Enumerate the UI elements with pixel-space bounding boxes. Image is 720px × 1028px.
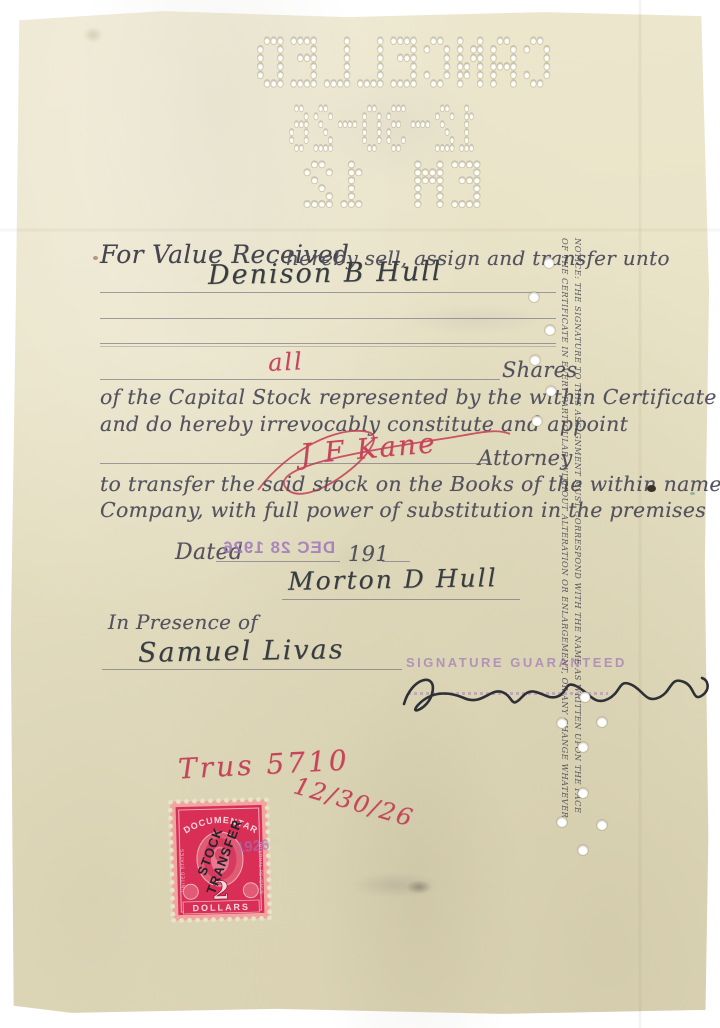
perforation-hole [312, 177, 317, 183]
perforation-hole [511, 80, 516, 86]
perforation-hole [423, 169, 428, 175]
perforation-hole [524, 72, 529, 78]
perforation-hole [511, 72, 516, 78]
perforation-hole [295, 121, 299, 127]
perforation-hole [531, 80, 536, 86]
perforation-hole [314, 113, 318, 119]
ink-speck [647, 485, 656, 492]
perforation-hole [544, 54, 549, 60]
perforation-hole [377, 129, 381, 135]
perforation-hole [291, 80, 296, 86]
perforation-hole [319, 201, 324, 207]
perforation-hole [398, 54, 403, 60]
perforation-hole [450, 145, 454, 151]
perforation-hole [319, 105, 323, 111]
seller-signature-handwriting: Morton D Hull [288, 563, 498, 596]
perforation-hole [391, 37, 396, 43]
perforation-hole [363, 121, 367, 127]
perforation-hole [538, 80, 543, 86]
paper-dimple [82, 26, 104, 44]
perforation-hole [329, 145, 333, 151]
perforation-hole [425, 72, 430, 78]
form-rule [216, 561, 340, 562]
perforation-hole [327, 201, 332, 207]
perforation-hole [437, 177, 442, 183]
perforation-hole [300, 145, 304, 151]
perforation-hole [465, 145, 469, 151]
perforation-hole [327, 193, 332, 199]
perforation-hole [278, 63, 283, 69]
perforation-hole [436, 113, 440, 119]
perforation-hole [278, 37, 283, 43]
ink-speck [93, 256, 98, 260]
ink-speck [690, 492, 695, 495]
perforation-hole [471, 46, 476, 52]
perforation-hole [311, 63, 316, 69]
perforation-hole [411, 63, 416, 69]
perforation-hole [438, 37, 443, 43]
perforation-hole [445, 105, 449, 111]
perforation-hole [445, 54, 450, 60]
perforation-hole [343, 121, 347, 127]
punch-hole [545, 325, 555, 335]
perforation-hole [345, 80, 350, 86]
purple-year-stamp: 1926 [235, 836, 270, 856]
perforation-hole [460, 201, 465, 207]
perforation-hole [441, 105, 445, 111]
perforation-hole [470, 113, 474, 119]
perforation-hole [373, 105, 377, 111]
perforation-hole [392, 145, 396, 151]
perforation-hole [319, 121, 323, 127]
punch-hole [578, 742, 588, 752]
perforation-hole [445, 46, 450, 52]
perforation-hole [430, 177, 435, 183]
perforation-hole [411, 46, 416, 52]
form-rule [102, 669, 402, 670]
perforation-hole [387, 137, 391, 143]
perforation-hole [319, 185, 324, 191]
perforation-hole [460, 177, 465, 183]
perforation-hole [298, 37, 303, 43]
perforation-hole [437, 169, 442, 175]
documentary-revenue-stamp: DOCUMENTARY UNITED STATES INTERNAL REVEN… [168, 798, 271, 923]
perforation-hole [338, 80, 343, 86]
perforation-hole [387, 113, 391, 119]
perforation-hole [349, 161, 354, 167]
perforation-hole [474, 193, 479, 199]
perforation-hole [430, 169, 435, 175]
perforation-hole [465, 105, 469, 111]
perforation-hole [378, 63, 383, 69]
perforation-hole [365, 80, 370, 86]
body-line-1: of the Capital Stock represented by the … [100, 385, 717, 409]
perforation-hole [278, 80, 283, 86]
perforation-hole [425, 46, 430, 52]
perforation-hole [450, 113, 454, 119]
perforation-hole [467, 177, 472, 183]
perforation-hole [265, 80, 270, 86]
perforation-hole [305, 121, 309, 127]
perforation-hole [345, 72, 350, 78]
perforation-hole [415, 169, 420, 175]
perforation-hole [356, 169, 361, 175]
perforation-hole [311, 80, 316, 86]
perforation-hole [460, 145, 464, 151]
perforation-hole [329, 137, 333, 143]
perforation-hole [312, 161, 317, 167]
perforation-hole [305, 113, 309, 119]
perforation-hole [265, 37, 270, 43]
perforation-hole [271, 37, 276, 43]
perforation-hole [471, 54, 476, 60]
perforation-hole [324, 145, 328, 151]
perforation-hole [478, 54, 483, 60]
perforation-hole [415, 161, 420, 167]
perforation-hole [474, 201, 479, 207]
form-rule [100, 463, 490, 464]
perforation-hole [544, 72, 549, 78]
perforation-hole [387, 129, 391, 135]
perforation-hole [305, 201, 310, 207]
perforation-hole [460, 161, 465, 167]
perforation-hole [505, 37, 510, 43]
perforation-hole [314, 145, 318, 151]
perforation-hole [363, 113, 367, 119]
perforation-hole [491, 46, 496, 52]
perforation-hole [436, 145, 440, 151]
perforation-hole [465, 121, 469, 127]
assignment-notice: NOTICE: THE SIGNATURE TO THIS ASSIGNMENT… [554, 238, 584, 710]
perforation-hole [478, 37, 483, 43]
perforation-hole [378, 80, 383, 86]
perforation-hole [329, 113, 333, 119]
perforation-hole [311, 72, 316, 78]
perforation-hole [445, 72, 450, 78]
perforation-hole [331, 80, 336, 86]
perforation-hole [411, 37, 416, 43]
perforation-hole [378, 72, 383, 78]
perforation-hole [438, 80, 443, 86]
perforation-hole [452, 161, 457, 167]
perforation-hole [426, 121, 430, 127]
perforation-hole [544, 46, 549, 52]
perforation-hole [391, 80, 396, 86]
punch-hole [580, 692, 590, 702]
punch-hole [597, 717, 607, 727]
perforation-hole [278, 46, 283, 52]
perforation-hole [531, 37, 536, 43]
shares-amount-handwriting: all [267, 347, 304, 377]
perforation-hole [474, 185, 479, 191]
perforation-hole [458, 63, 463, 69]
perforation-hole [465, 113, 469, 119]
perforation-hole [312, 201, 317, 207]
perforation-hole [300, 121, 304, 127]
perforation-hole [405, 54, 410, 60]
perforation-hole [511, 63, 516, 69]
smudge [406, 880, 432, 894]
witness-signature-handwriting: Samuel Livas [138, 634, 345, 669]
perforation-hole [373, 145, 377, 151]
assignee-name-handwriting: Denison B Hull [208, 256, 443, 291]
form-rule [100, 343, 556, 344]
perforation-hole [378, 54, 383, 60]
perforation-hole [458, 46, 463, 52]
date-stamp-mirrored: DEC 28 1926 [222, 538, 335, 558]
perforation-hole [478, 72, 483, 78]
perforation-hole [353, 121, 357, 127]
perforation-hole [437, 193, 442, 199]
perforation-hole [305, 137, 309, 143]
perforation-hole [349, 177, 354, 183]
perforation-hole [465, 129, 469, 135]
perforation-hole [290, 137, 294, 143]
punch-hole [578, 788, 588, 798]
perforation-hole [411, 54, 416, 60]
perforation-hole [474, 161, 479, 167]
perforation-hole [368, 105, 372, 111]
perforation-hole [437, 201, 442, 207]
punch-hole [546, 386, 556, 396]
perforation-hole [258, 63, 263, 69]
punch-hole [529, 292, 539, 302]
perforation-hole [467, 161, 472, 167]
perforation-hole [445, 129, 449, 135]
punch-hole [557, 718, 567, 728]
perforation-hole [415, 201, 420, 207]
perforation-hole [465, 63, 470, 69]
perforation-hole [305, 37, 310, 43]
perforation-hole [478, 80, 483, 86]
perforation-hole [290, 129, 294, 135]
perforation-hole [491, 54, 496, 60]
perforation-hole [441, 145, 445, 151]
perforation-hole [278, 72, 283, 78]
perforation-hole [445, 145, 449, 151]
perforation-hole [378, 37, 383, 43]
punch-hole [544, 258, 554, 268]
perforation-hole [405, 80, 410, 86]
perforation-hole [452, 201, 457, 207]
form-rule [100, 292, 556, 293]
perforation-hole [368, 145, 372, 151]
perforation-hole [325, 80, 330, 86]
perforation-hole [345, 63, 350, 69]
perforation-hole [377, 113, 381, 119]
perforation-hole [300, 105, 304, 111]
body-line-3: to transfer the said stock on the Books … [100, 472, 720, 496]
perforation-hole [498, 37, 503, 43]
perforation-hole [271, 80, 276, 86]
perforation-hole [311, 37, 316, 43]
perforation-hole [441, 121, 445, 127]
perforation-hole [397, 105, 401, 111]
perforation-hole [415, 185, 420, 191]
perforation-date-text [284, 105, 478, 153]
perforation-hole [398, 80, 403, 86]
perforation-hole [474, 177, 479, 183]
perforation-hole [305, 129, 309, 135]
perforation-hole [498, 63, 503, 69]
perforation-hole [377, 137, 381, 143]
perforation-hole [398, 37, 403, 43]
perforation-hole [305, 80, 310, 86]
perforation-hole [258, 54, 263, 60]
perforation-hole [392, 105, 396, 111]
perforation-hole [363, 137, 367, 143]
perforation-hole [491, 63, 496, 69]
perforation-hole [437, 185, 442, 191]
perforation-hole [358, 80, 363, 86]
perforation-hole [405, 37, 410, 43]
perforation-hole [402, 137, 406, 143]
perforation-hole [305, 169, 310, 175]
perforation-hole [538, 37, 543, 43]
perforation-hole [415, 193, 420, 199]
perforation-hole [415, 177, 420, 183]
perforation-hole [431, 37, 436, 43]
form-rule [100, 379, 500, 380]
perforation-hole [392, 121, 396, 127]
form-rule [100, 318, 556, 319]
body-line-4: Company, with full power of substitution… [100, 498, 706, 522]
form-rule [382, 561, 410, 562]
perforation-hole [324, 129, 328, 135]
perforation-hole [445, 63, 450, 69]
perforation-hole [324, 105, 328, 111]
notice-line-2: OF THE CERTIFICATE IN EVERY PARTICULAR, … [558, 238, 571, 710]
perforation-initials-text [295, 161, 480, 209]
perforation-hole [342, 201, 347, 207]
perforation-hole [402, 105, 406, 111]
perforation-hole [371, 80, 376, 86]
perforation-hole [458, 54, 463, 60]
perforation-hole [319, 145, 323, 151]
perforation-hole [319, 161, 324, 167]
perforation-hole [478, 63, 483, 69]
perforation-hole [465, 137, 469, 143]
perforation-hole [437, 161, 442, 167]
notice-line-1: NOTICE: THE SIGNATURE TO THIS ASSIGNMENT… [571, 238, 584, 710]
punch-hole [530, 355, 540, 365]
perforation-hole [474, 169, 479, 175]
perforation-hole [491, 80, 496, 86]
perforation-hole [458, 80, 463, 86]
perforation-hole [544, 63, 549, 69]
punch-hole [532, 416, 542, 426]
form-rule [100, 346, 556, 347]
perforation-hole [458, 72, 463, 78]
perforation-hole [258, 72, 263, 78]
perforation-hole [298, 80, 303, 86]
perforation-hole [298, 54, 303, 60]
perforation-hole [295, 145, 299, 151]
perforation-hole [345, 37, 350, 43]
perforation-hole [349, 193, 354, 199]
presence-label: In Presence of [108, 610, 258, 634]
perforation-hole [349, 185, 354, 191]
perforation-hole [311, 54, 316, 60]
punch-hole [557, 817, 567, 827]
perforation-hole [291, 37, 296, 43]
perforation-hole [411, 121, 415, 127]
perforation-hole [511, 54, 516, 60]
perforation-hole [416, 121, 420, 127]
perforation-hole [349, 201, 354, 207]
perforation-hole [339, 121, 343, 127]
perforation-hole [258, 46, 263, 52]
perforation-hole [348, 121, 352, 127]
perforation-hole [411, 80, 416, 86]
perforation-hole [431, 80, 436, 86]
perforation-hole [458, 37, 463, 43]
perforation-hole [465, 72, 470, 78]
perforation-hole [345, 54, 350, 60]
perforation-hole [467, 201, 472, 207]
perforation-hole [478, 46, 483, 52]
perforation-hole [305, 54, 310, 60]
perforation-hole [411, 72, 416, 78]
perforation-hole [327, 169, 332, 175]
perforation-hole [377, 121, 381, 127]
perforation-hole [505, 63, 510, 69]
perforation-hole [397, 121, 401, 127]
perforation-hole [311, 46, 316, 52]
perforation-hole [421, 121, 425, 127]
svg-text:DOLLARS: DOLLARS [192, 902, 250, 914]
perforation-hole [363, 129, 367, 135]
perforation-hole [295, 105, 299, 111]
perforation-hole [470, 145, 474, 151]
perforation-hole [423, 177, 428, 183]
perforation-cancelled-text [250, 37, 550, 88]
perforation-hole [511, 46, 516, 52]
form-rule [282, 599, 520, 600]
perforation-hole [524, 46, 529, 52]
year-prefix: 191 [348, 542, 389, 566]
perforation-hole [345, 46, 350, 52]
punch-hole [578, 845, 588, 855]
perforation-hole [491, 72, 496, 78]
perforation-hole [278, 54, 283, 60]
punch-hole [597, 820, 607, 830]
perforation-hole [378, 46, 383, 52]
perforation-hole [397, 145, 401, 151]
perforation-hole [450, 137, 454, 143]
perforation-hole [356, 201, 361, 207]
perforation-hole [349, 169, 354, 175]
